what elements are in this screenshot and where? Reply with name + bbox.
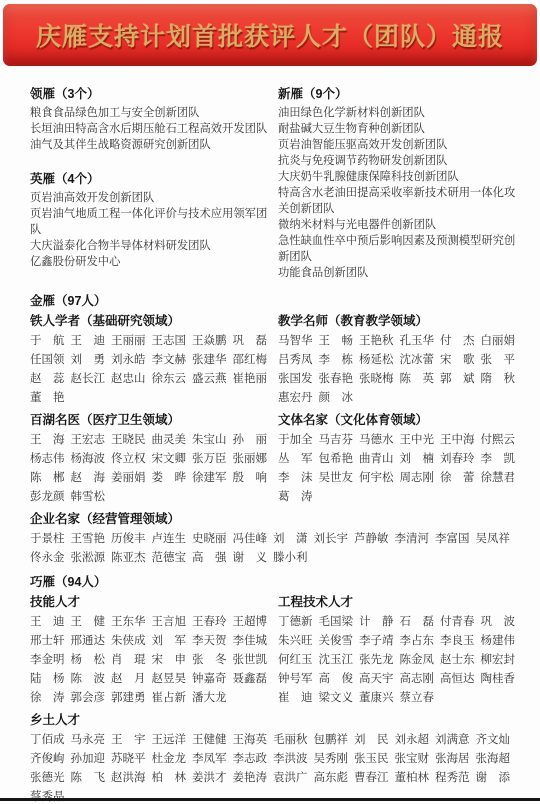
person-name: 包鹏祥 <box>314 731 349 750</box>
person-name: 刘 军 <box>152 632 187 651</box>
person-name: 颜 冰 <box>319 389 354 408</box>
section-gongcheng-title: 工程技术人才 <box>278 594 516 610</box>
person-name: 李天贺 <box>192 632 227 651</box>
name-row: 丁佰成马永亮王 宇王远洋王健健王海英毛丽秋包鹏祥刘 民刘永超刘满意齐文灿 <box>30 731 516 750</box>
person-name: 王中海 <box>440 431 475 450</box>
person-name: 宋文卿 <box>152 450 187 469</box>
person-name: 徐东云 <box>152 370 187 389</box>
person-name: 计 静 <box>359 613 394 632</box>
section-wenti-title: 文体名家（文化体育领域） <box>278 412 516 428</box>
team-name: 页岩油气地质工程一体化评价与技术应用领军团队 <box>30 206 268 238</box>
person-name: 王 健 <box>71 613 106 632</box>
person-name: 毛丽秋 <box>273 731 308 750</box>
person-name: 惠宏丹 <box>278 389 313 408</box>
name-row: 钟号军高 俊高天宇高志刚高恒达陶桂香 <box>278 670 516 689</box>
person-name: 何红玉 <box>278 651 313 670</box>
name-row: 彭龙颜韩雪松 <box>30 488 268 507</box>
person-name: 张淞源 <box>71 549 106 568</box>
person-name: 王丽丽 <box>111 332 146 351</box>
content-area: 领雁（3个） 粮食食品绿色加工与安全创新团队长垣油田特高含水后期压舱石工程高效开… <box>0 66 540 804</box>
person-name: 孙 丽 <box>233 431 268 450</box>
team-name: 特高含水老油田提高采收率新技术研用一体化攻关创新团队 <box>278 185 516 217</box>
person-name: 陈 波 <box>71 670 106 689</box>
section-gongcheng: 工程技术人才 丁德新毛国梁计 静石 磊付青春巩 波朱兴旺关俊雪李子靖李占东李良玉… <box>278 594 516 708</box>
person-name: 吕秀凤 <box>278 351 313 370</box>
person-name: 张玉民 <box>354 750 389 769</box>
person-name: 张 平 <box>481 351 516 370</box>
section-jiaoxue-title: 教学名师（教育教学领域） <box>278 313 516 329</box>
section-lingyan-title: 领雁（3个） <box>30 86 268 102</box>
person-name: 刘春玲 <box>440 450 475 469</box>
person-name: 盛云燕 <box>192 370 227 389</box>
person-name: 马吉芬 <box>319 431 354 450</box>
person-name: 柳宏封 <box>481 651 516 670</box>
name-row: 惠宏丹颜 冰 <box>278 389 516 408</box>
person-name: 崔艳丽 <box>233 370 268 389</box>
jiaoxue-name-grid: 马智华王 畅王艳秋孔玉华付 杰白丽娟吕秀凤李 栋杨延松沈冰蕾宋 歌张 平张国发张… <box>278 332 516 408</box>
person-name: 沈冰蕾 <box>400 351 435 370</box>
person-name: 刘 勇 <box>71 351 106 370</box>
team-name: 耐盐碱大豆生物育种创新团队 <box>278 121 516 137</box>
section-qiye-title: 企业名家（经营管理领域） <box>30 511 516 527</box>
gongcheng-name-grid: 丁德新毛国梁计 静石 磊付青春巩 波朱兴旺关俊雪李子靖李占东李良玉杨建伟何红玉沈… <box>278 613 516 708</box>
team-name: 粮食食品绿色加工与安全创新团队 <box>30 105 268 121</box>
person-name: 杜金龙 <box>152 750 187 769</box>
name-row: 佟永金张淞源陈亚杰范德宝高 强谢 义滕小利 <box>30 549 516 568</box>
person-name: 蔡立春 <box>400 689 435 708</box>
person-name: 崔占新 <box>152 689 187 708</box>
person-name: 孙加迎 <box>71 750 106 769</box>
section-tieren-title: 铁人学者（基础研究领域） <box>30 313 268 329</box>
person-name: 马德水 <box>359 431 394 450</box>
person-name: 张德光 <box>30 769 65 788</box>
person-name: 陈 郴 <box>30 469 65 488</box>
person-name: 李 沫 <box>278 469 313 488</box>
title-banner: 庆雁支持计划首批获评人才（团队）通报 <box>3 4 537 66</box>
name-row: 于景柱王雪艳历俊丰卢连生史晓丽冯佳峰刘 潇刘长宇芦静敏李清河李富国吴凤祥 <box>30 530 516 549</box>
bottom-divider <box>0 798 540 801</box>
person-name: 赵长江 <box>71 370 106 389</box>
right-column-top: 新雁（9个） 油田绿色化学新材料创新团队耐盐碱大豆生物育种创新团队页岩油智能压驱… <box>278 86 516 281</box>
person-name: 李文赫 <box>152 351 187 370</box>
team-name: 油田绿色化学新材料创新团队 <box>278 105 516 121</box>
team-name: 大庆溢泰化合物半导体材料研发团队 <box>30 238 268 254</box>
section-jinyan-title: 金雁（97人） <box>30 293 516 309</box>
section-xinyan-title: 新雁（9个） <box>278 86 516 102</box>
person-name: 刘满意 <box>435 731 470 750</box>
person-name: 陈 飞 <box>71 769 106 788</box>
section-jiaoxue: 教学名师（教育教学领域） 马智华王 畅王艳秋孔玉华付 杰白丽娟吕秀凤李 栋杨延松… <box>278 313 516 408</box>
person-name: 李良玉 <box>440 632 475 651</box>
section-yingyan: 英雁（4个） 页岩油高效开发创新团队页岩油气地质工程一体化评价与技术应用领军团队… <box>30 171 268 270</box>
name-row: 张德光陈 飞赵洪海柏 林姜洪才姜艳涛袁洪广高东彪曹春江董柏林程秀范谢 添 <box>30 769 516 788</box>
person-name: 张国发 <box>278 370 313 389</box>
team-name: 微纳米材料与光电器件创新团队 <box>278 217 516 233</box>
team-name: 油气及其伴生战略资源研究创新团队 <box>30 137 268 153</box>
person-name: 付青春 <box>440 613 475 632</box>
person-name: 陶桂香 <box>481 670 516 689</box>
name-row: 杨志伟杨海波佟立权宋文卿张万臣张丽娜 <box>30 450 268 469</box>
person-name: 佟立权 <box>111 450 146 469</box>
section-qiaoyan-title: 巧雁（94人） <box>30 574 516 590</box>
person-name: 陆 杨 <box>30 670 65 689</box>
person-name: 王 宇 <box>111 731 146 750</box>
person-name: 丁德新 <box>278 613 313 632</box>
person-name: 高东彪 <box>314 769 349 788</box>
person-name: 范德宝 <box>152 549 187 568</box>
name-row: 何红玉沈玉江张先龙陈金凤赵士东柳宏封 <box>278 651 516 670</box>
person-name: 王 畅 <box>319 332 354 351</box>
person-name: 陈 英 <box>400 370 435 389</box>
person-name: 滕小利 <box>273 549 308 568</box>
person-name: 李子靖 <box>359 632 394 651</box>
name-row: 于加全马吉芬马德水王中光王中海付熙云 <box>278 431 516 450</box>
person-name: 史晓丽 <box>192 530 227 549</box>
person-name: 杨海波 <box>71 450 106 469</box>
person-name: 李占东 <box>400 632 435 651</box>
person-name: 王超博 <box>233 613 268 632</box>
person-name: 沈玉江 <box>319 651 354 670</box>
person-name: 崔 迪 <box>278 689 313 708</box>
notice-page: 庆雁支持计划首批获评人才（团队）通报 领雁（3个） 粮食食品绿色加工与安全创新团… <box>0 0 540 804</box>
person-name: 刘 潇 <box>273 530 308 549</box>
person-name: 聂鑫磊 <box>233 670 268 689</box>
person-name: 于加全 <box>278 431 313 450</box>
person-name: 刘永超 <box>395 731 430 750</box>
person-name: 王 迪 <box>71 332 106 351</box>
person-name: 吴凤祥 <box>476 530 511 549</box>
name-row: 李金明杨 松肖 琨宋 申张 冬张世凯 <box>30 651 268 670</box>
name-row: 丛 军包希艳曲青山刘 楠刘春玲李 凯 <box>278 450 516 469</box>
name-row: 陆 杨陈 波赵 月赵昱昊钟嘉奇聂鑫磊 <box>30 670 268 689</box>
person-name: 王健健 <box>192 731 227 750</box>
person-name: 马永亮 <box>71 731 106 750</box>
person-name: 王远洋 <box>152 731 187 750</box>
person-name: 彭龙颜 <box>30 488 65 507</box>
person-name: 陈亚杰 <box>111 549 146 568</box>
person-name: 齐文灿 <box>476 731 511 750</box>
person-name: 赵昱昊 <box>152 670 187 689</box>
team-name: 长垣油田特高含水后期压舱石工程高效开发团队 <box>30 121 268 137</box>
person-name: 芦静敏 <box>354 530 389 549</box>
person-name: 谢 添 <box>476 769 511 788</box>
person-name: 高恒达 <box>440 670 475 689</box>
person-name: 李富国 <box>435 530 470 549</box>
person-name: 张万臣 <box>192 450 227 469</box>
person-name: 董柏林 <box>395 769 430 788</box>
person-name: 赵士东 <box>440 651 475 670</box>
section-tieren: 铁人学者（基础研究领域） 于 航王 迪王丽丽王志国王焱鹏巩 磊任国领刘 勇刘永皓… <box>30 313 268 408</box>
name-row: 蔡秀晶 <box>30 788 516 804</box>
person-name: 陈金凤 <box>400 651 435 670</box>
person-name: 于景柱 <box>30 530 65 549</box>
person-name: 李凤军 <box>192 750 227 769</box>
person-name: 赵 月 <box>111 670 146 689</box>
person-name: 赵 蕊 <box>30 370 65 389</box>
person-name: 朱侠成 <box>111 632 146 651</box>
person-name: 王志国 <box>152 332 187 351</box>
team-name: 急性缺血性卒中预后影响因素及预测模型研究创新团队 <box>278 233 516 265</box>
person-name: 宋 歌 <box>440 351 475 370</box>
person-name: 娄 晔 <box>152 469 187 488</box>
name-row: 朱兴旺关俊雪李子靖李占东李良玉杨建伟 <box>278 632 516 651</box>
name-row: 马智华王 畅王艳秋孔玉华付 杰白丽娟 <box>278 332 516 351</box>
person-name: 邢士轩 <box>30 632 65 651</box>
person-name: 赵忠山 <box>111 370 146 389</box>
person-name: 石 磊 <box>400 613 435 632</box>
baihu-name-grid: 王 海王宏志王晓民曲灵美朱宝山孙 丽杨志伟杨海波佟立权宋文卿张万臣张丽娜陈 郴赵… <box>30 431 268 507</box>
person-name: 徐慧君 <box>481 469 516 488</box>
wenti-name-grid: 于加全马吉芬马德水王中光王中海付熙云丛 军包希艳曲青山刘 楠刘春玲李 凯李 沫吴… <box>278 431 516 507</box>
section-xiangtu: 乡土人才 丁佰成马永亮王 宇王远洋王健健王海英毛丽秋包鹏祥刘 民刘永超刘满意齐文… <box>30 712 516 804</box>
person-name: 佟永金 <box>30 549 65 568</box>
person-name: 冯佳峰 <box>233 530 268 549</box>
person-name: 刘永皓 <box>111 351 146 370</box>
person-name: 张春艳 <box>319 370 354 389</box>
person-name: 程秀范 <box>435 769 470 788</box>
person-name: 张 冬 <box>192 651 227 670</box>
person-name: 王海英 <box>233 731 268 750</box>
person-name: 王中光 <box>400 431 435 450</box>
name-row: 于 航王 迪王丽丽王志国王焱鹏巩 磊 <box>30 332 268 351</box>
person-name: 李金明 <box>30 651 65 670</box>
lingyan-team-list: 粮食食品绿色加工与安全创新团队长垣油田特高含水后期压舱石工程高效开发团队油气及其… <box>30 105 268 153</box>
person-name: 丁佰成 <box>30 731 65 750</box>
person-name: 吴世友 <box>319 469 354 488</box>
team-name: 页岩油高效开发创新团队 <box>30 190 268 206</box>
person-name: 高 俊 <box>319 670 354 689</box>
person-name: 吴秀刚 <box>314 750 349 769</box>
top-columns: 领雁（3个） 粮食食品绿色加工与安全创新团队长垣油田特高含水后期压舱石工程高效开… <box>30 86 516 281</box>
section-baihu-title: 百湖名医（医疗卫生领域） <box>30 412 268 428</box>
tieren-name-grid: 于 航王 迪王丽丽王志国王焱鹏巩 磊任国领刘 勇刘永皓李文赫张建华邵红梅赵 蕊赵… <box>30 332 268 408</box>
person-name: 朱宝山 <box>192 431 227 450</box>
person-name: 姜丽娟 <box>111 469 146 488</box>
person-name: 董康兴 <box>359 689 394 708</box>
section-xinyan: 新雁（9个） 油田绿色化学新材料创新团队耐盐碱大豆生物育种创新团队页岩油智能压驱… <box>278 86 516 281</box>
jinyan-columns-2: 百湖名医（医疗卫生领域） 王 海王宏志王晓民曲灵美朱宝山孙 丽杨志伟杨海波佟立权… <box>30 412 516 507</box>
person-name: 邵红梅 <box>233 351 268 370</box>
person-name: 李清河 <box>395 530 430 549</box>
person-name: 何宇松 <box>359 469 394 488</box>
name-row: 任国领刘 勇刘永皓李文赫张建华邵红梅 <box>30 351 268 370</box>
person-name: 袁洪广 <box>273 769 308 788</box>
person-name: 杨 松 <box>71 651 106 670</box>
person-name: 肖 琨 <box>111 651 146 670</box>
name-row: 丁德新毛国梁计 静石 磊付青春巩 波 <box>278 613 516 632</box>
person-name: 张海居 <box>435 750 470 769</box>
person-name: 白丽娟 <box>481 332 516 351</box>
person-name: 张建华 <box>192 351 227 370</box>
person-name: 李佳城 <box>233 632 268 651</box>
person-name: 殷 响 <box>233 469 268 488</box>
person-name: 宋 申 <box>152 651 187 670</box>
person-name: 隋 秋 <box>481 370 516 389</box>
person-name: 葛 涛 <box>278 488 313 507</box>
name-row: 齐俊岣孙加迎苏晓平杜金龙李凤军李志政李洪波吴秀刚张玉民张宝财张海居张海超 <box>30 750 516 769</box>
person-name: 曲灵美 <box>152 431 187 450</box>
person-name: 毛国梁 <box>319 613 354 632</box>
person-name: 巩 波 <box>481 613 516 632</box>
name-row: 董 艳 <box>30 389 268 408</box>
name-row: 李 沫吴世友何宇松周志刚徐 蕾徐慧君 <box>278 469 516 488</box>
person-name: 郭 斌 <box>440 370 475 389</box>
name-row: 崔 迪梁文义董康兴蔡立春 <box>278 689 516 708</box>
person-name: 张晓梅 <box>359 370 394 389</box>
person-name: 李洪波 <box>273 750 308 769</box>
person-name: 齐俊岣 <box>30 750 65 769</box>
person-name: 于 航 <box>30 332 65 351</box>
person-name: 马智华 <box>278 332 313 351</box>
person-name: 蔡秀晶 <box>30 788 65 804</box>
person-name: 丛 军 <box>278 450 313 469</box>
person-name: 李 栋 <box>319 351 354 370</box>
person-name: 赵 海 <box>71 469 106 488</box>
person-name: 任国领 <box>30 351 65 370</box>
person-name: 梁文义 <box>319 689 354 708</box>
person-name: 钟嘉奇 <box>192 670 227 689</box>
name-row: 徐 涛郭会彦郭建勇崔占新潘大龙 <box>30 689 268 708</box>
person-name: 张世凯 <box>233 651 268 670</box>
qiaoyan-columns: 技能人才 王 迪王 健王东华王言旭王春玲王超博邢士轩邢通达朱侠成刘 军李天贺李佳… <box>30 594 516 708</box>
xinyan-team-list: 油田绿色化学新材料创新团队耐盐碱大豆生物育种创新团队页岩油智能压驱高效开发创新团… <box>278 105 516 281</box>
name-row: 葛 涛 <box>278 488 516 507</box>
person-name: 王晓民 <box>111 431 146 450</box>
section-xiangtu-title: 乡土人才 <box>30 712 516 728</box>
person-name: 郭会彦 <box>71 689 106 708</box>
section-wenti: 文体名家（文化体育领域） 于加全马吉芬马德水王中光王中海付熙云丛 军包希艳曲青山… <box>278 412 516 507</box>
person-name: 柏 林 <box>152 769 187 788</box>
jinyan-columns-1: 铁人学者（基础研究领域） 于 航王 迪王丽丽王志国王焱鹏巩 磊任国领刘 勇刘永皓… <box>30 313 516 408</box>
person-name: 姜艳涛 <box>233 769 268 788</box>
person-name: 王宏志 <box>71 431 106 450</box>
person-name: 钟号军 <box>278 670 313 689</box>
person-name: 付熙云 <box>481 431 516 450</box>
name-row: 陈 郴赵 海姜丽娟娄 晔徐建军殷 响 <box>30 469 268 488</box>
team-name: 亿鑫股份研发中心 <box>30 254 268 270</box>
person-name: 刘 民 <box>354 731 389 750</box>
person-name: 历俊丰 <box>111 530 146 549</box>
name-row: 张国发张春艳张晓梅陈 英郭 斌隋 秋 <box>278 370 516 389</box>
person-name: 曲青山 <box>359 450 394 469</box>
name-row: 王 迪王 健王东华王言旭王春玲王超博 <box>30 613 268 632</box>
team-name: 大庆奶牛乳腺健康保障科技创新团队 <box>278 169 516 185</box>
person-name: 朱兴旺 <box>278 632 313 651</box>
person-name: 王春玲 <box>192 613 227 632</box>
person-name: 刘 楠 <box>400 450 435 469</box>
person-name: 徐建军 <box>192 469 227 488</box>
person-name: 高 强 <box>192 549 227 568</box>
person-name: 郭建勇 <box>111 689 146 708</box>
person-name: 邢通达 <box>71 632 106 651</box>
person-name: 王 海 <box>30 431 65 450</box>
left-column-top: 领雁（3个） 粮食食品绿色加工与安全创新团队长垣油田特高含水后期压舱石工程高效开… <box>30 86 268 281</box>
person-name: 张丽娜 <box>233 450 268 469</box>
person-name: 王艳秋 <box>359 332 394 351</box>
person-name: 潘大龙 <box>192 689 227 708</box>
person-name: 曹春江 <box>354 769 389 788</box>
person-name: 杨建伟 <box>481 632 516 651</box>
person-name: 张海超 <box>476 750 511 769</box>
person-name: 杨延松 <box>359 351 394 370</box>
name-row: 王 海王宏志王晓民曲灵美朱宝山孙 丽 <box>30 431 268 450</box>
person-name: 关俊雪 <box>319 632 354 651</box>
jineng-name-grid: 王 迪王 健王东华王言旭王春玲王超博邢士轩邢通达朱侠成刘 军李天贺李佳城李金明杨… <box>30 613 268 708</box>
person-name: 李 凯 <box>481 450 516 469</box>
section-baihu: 百湖名医（医疗卫生领域） 王 海王宏志王晓民曲灵美朱宝山孙 丽杨志伟杨海波佟立权… <box>30 412 268 507</box>
name-row: 赵 蕊赵长江赵忠山徐东云盛云燕崔艳丽 <box>30 370 268 389</box>
person-name: 高天宇 <box>359 670 394 689</box>
person-name: 巩 磊 <box>233 332 268 351</box>
person-name: 姜洪才 <box>192 769 227 788</box>
person-name: 付 杰 <box>440 332 475 351</box>
section-yingyan-title: 英雁（4个） <box>30 171 268 187</box>
person-name: 谢 义 <box>233 549 268 568</box>
page-title: 庆雁支持计划首批获评人才（团队）通报 <box>36 17 504 53</box>
person-name: 苏晓平 <box>111 750 146 769</box>
person-name: 王 迪 <box>30 613 65 632</box>
yingyan-team-list: 页岩油高效开发创新团队页岩油气地质工程一体化评价与技术应用领军团队大庆溢泰化合物… <box>30 190 268 270</box>
person-name: 韩雪松 <box>71 488 106 507</box>
person-name: 张宝财 <box>395 750 430 769</box>
person-name: 王东华 <box>111 613 146 632</box>
person-name: 王焱鹏 <box>192 332 227 351</box>
section-lingyan: 领雁（3个） 粮食食品绿色加工与安全创新团队长垣油田特高含水后期压舱石工程高效开… <box>30 86 268 153</box>
person-name: 周志刚 <box>400 469 435 488</box>
person-name: 徐 涛 <box>30 689 65 708</box>
xiangtu-name-grid: 丁佰成马永亮王 宇王远洋王健健王海英毛丽秋包鹏祥刘 民刘永超刘满意齐文灿齐俊岣孙… <box>30 731 516 804</box>
person-name: 卢连生 <box>152 530 187 549</box>
person-name: 孔玉华 <box>400 332 435 351</box>
name-row: 邢士轩邢通达朱侠成刘 军李天贺李佳城 <box>30 632 268 651</box>
team-name: 功能食品创新团队 <box>278 265 516 281</box>
section-qiye: 企业名家（经营管理领域） 于景柱王雪艳历俊丰卢连生史晓丽冯佳峰刘 潇刘长宇芦静敏… <box>30 511 516 568</box>
person-name: 董 艳 <box>30 389 65 408</box>
person-name: 徐 蕾 <box>440 469 475 488</box>
person-name: 李志政 <box>233 750 268 769</box>
name-row: 吕秀凤李 栋杨延松沈冰蕾宋 歌张 平 <box>278 351 516 370</box>
section-jineng-title: 技能人才 <box>30 594 268 610</box>
section-jineng: 技能人才 王 迪王 健王东华王言旭王春玲王超博邢士轩邢通达朱侠成刘 军李天贺李佳… <box>30 594 268 708</box>
team-name: 页岩油智能压驱高效开发创新团队 <box>278 137 516 153</box>
person-name: 包希艳 <box>319 450 354 469</box>
person-name: 刘长宇 <box>314 530 349 549</box>
qiye-name-grid: 于景柱王雪艳历俊丰卢连生史晓丽冯佳峰刘 潇刘长宇芦静敏李清河李富国吴凤祥佟永金张… <box>30 530 516 568</box>
person-name: 赵洪海 <box>111 769 146 788</box>
team-name: 抗炎与免疫调节药物研发创新团队 <box>278 153 516 169</box>
person-name: 杨志伟 <box>30 450 65 469</box>
person-name: 高志刚 <box>400 670 435 689</box>
person-name: 王雪艳 <box>71 530 106 549</box>
person-name: 王言旭 <box>152 613 187 632</box>
person-name: 张先龙 <box>359 651 394 670</box>
